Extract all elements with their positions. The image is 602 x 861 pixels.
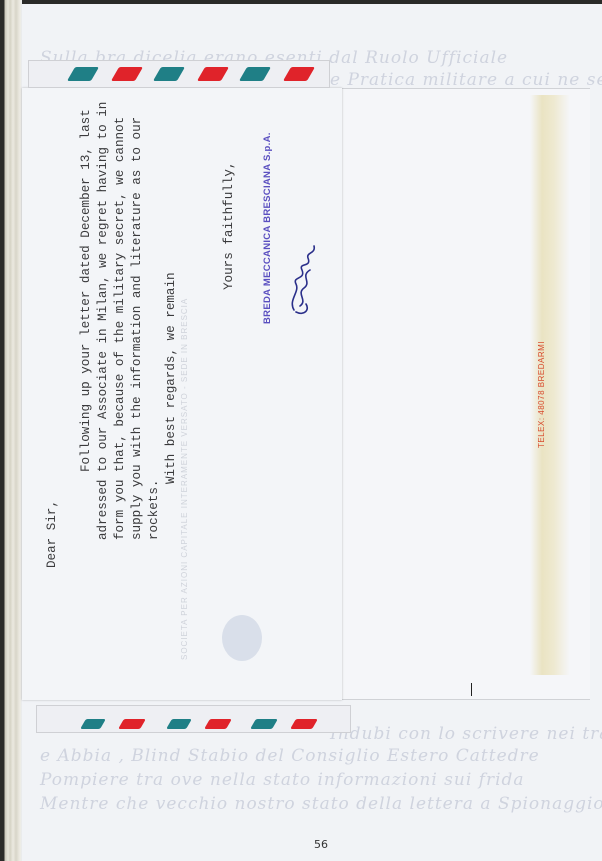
airmail-stripe-red	[197, 67, 229, 81]
company-logo-faint	[222, 615, 262, 661]
airmail-stripe-red	[111, 67, 143, 81]
letter-body-line: Following up your letter dated December …	[79, 109, 93, 472]
airmail-stripe-red	[204, 719, 232, 729]
letter-body-line: supply you with the information and lite…	[130, 117, 144, 540]
airmail-flap-bottom	[36, 705, 351, 733]
handwriting-line: Indubi con lo scrivere nei trasmetti	[330, 724, 602, 744]
airmail-stripe-teal	[80, 719, 106, 729]
company-stamp: BREDA MECCANICA BRESCIANA S.p.A.	[262, 132, 273, 324]
letter-body-line: adressed to our Associate in Milan, we r…	[96, 102, 110, 540]
airmail-stripe-red	[283, 67, 315, 81]
letterhead-faint-text: SOCIETA PER AZIONI CAPITALE INTERAMENTE …	[180, 298, 189, 660]
airmail-stripe-teal	[166, 719, 192, 729]
letter-salutation: Dear Sir,	[45, 500, 59, 568]
notebook-binding	[0, 0, 22, 861]
scanned-page: Sulla bra dicelia erano esenti dal Ruolo…	[0, 0, 602, 861]
handwriting-line: Mentre che vecchio nostro stato della le…	[40, 794, 602, 814]
letter-valediction: Yours faithfully,	[222, 162, 236, 290]
airmail-stripe-teal	[250, 719, 278, 729]
airmail-stripe-teal	[239, 67, 271, 81]
handwriting-line: Pompiere tra ove nella stato informazion…	[40, 770, 525, 790]
handwriting-line: e Abbia , Blind Stabio del Consiglio Est…	[40, 746, 540, 766]
scan-top-edge	[0, 0, 602, 4]
telex-text: TELEX: 48078 BREDARMI	[537, 341, 546, 448]
airmail-stripe-teal	[153, 67, 185, 81]
handwriting-line: e Pratica militare a cui ne seguono	[330, 70, 602, 90]
airmail-flap-top	[28, 60, 330, 88]
airmail-stripe-red	[290, 719, 318, 729]
signature-icon	[286, 240, 326, 320]
letter-closing: With best regards, we remain	[164, 272, 178, 484]
letter-body-line: rockets.	[147, 480, 161, 540]
tape-strip	[530, 95, 570, 675]
page-number: 56	[314, 838, 328, 851]
pen-mark	[471, 683, 472, 696]
letter-body-line: form you that, because of the military s…	[113, 117, 127, 540]
airmail-stripe-teal	[67, 67, 99, 81]
airmail-stripe-red	[118, 719, 146, 729]
